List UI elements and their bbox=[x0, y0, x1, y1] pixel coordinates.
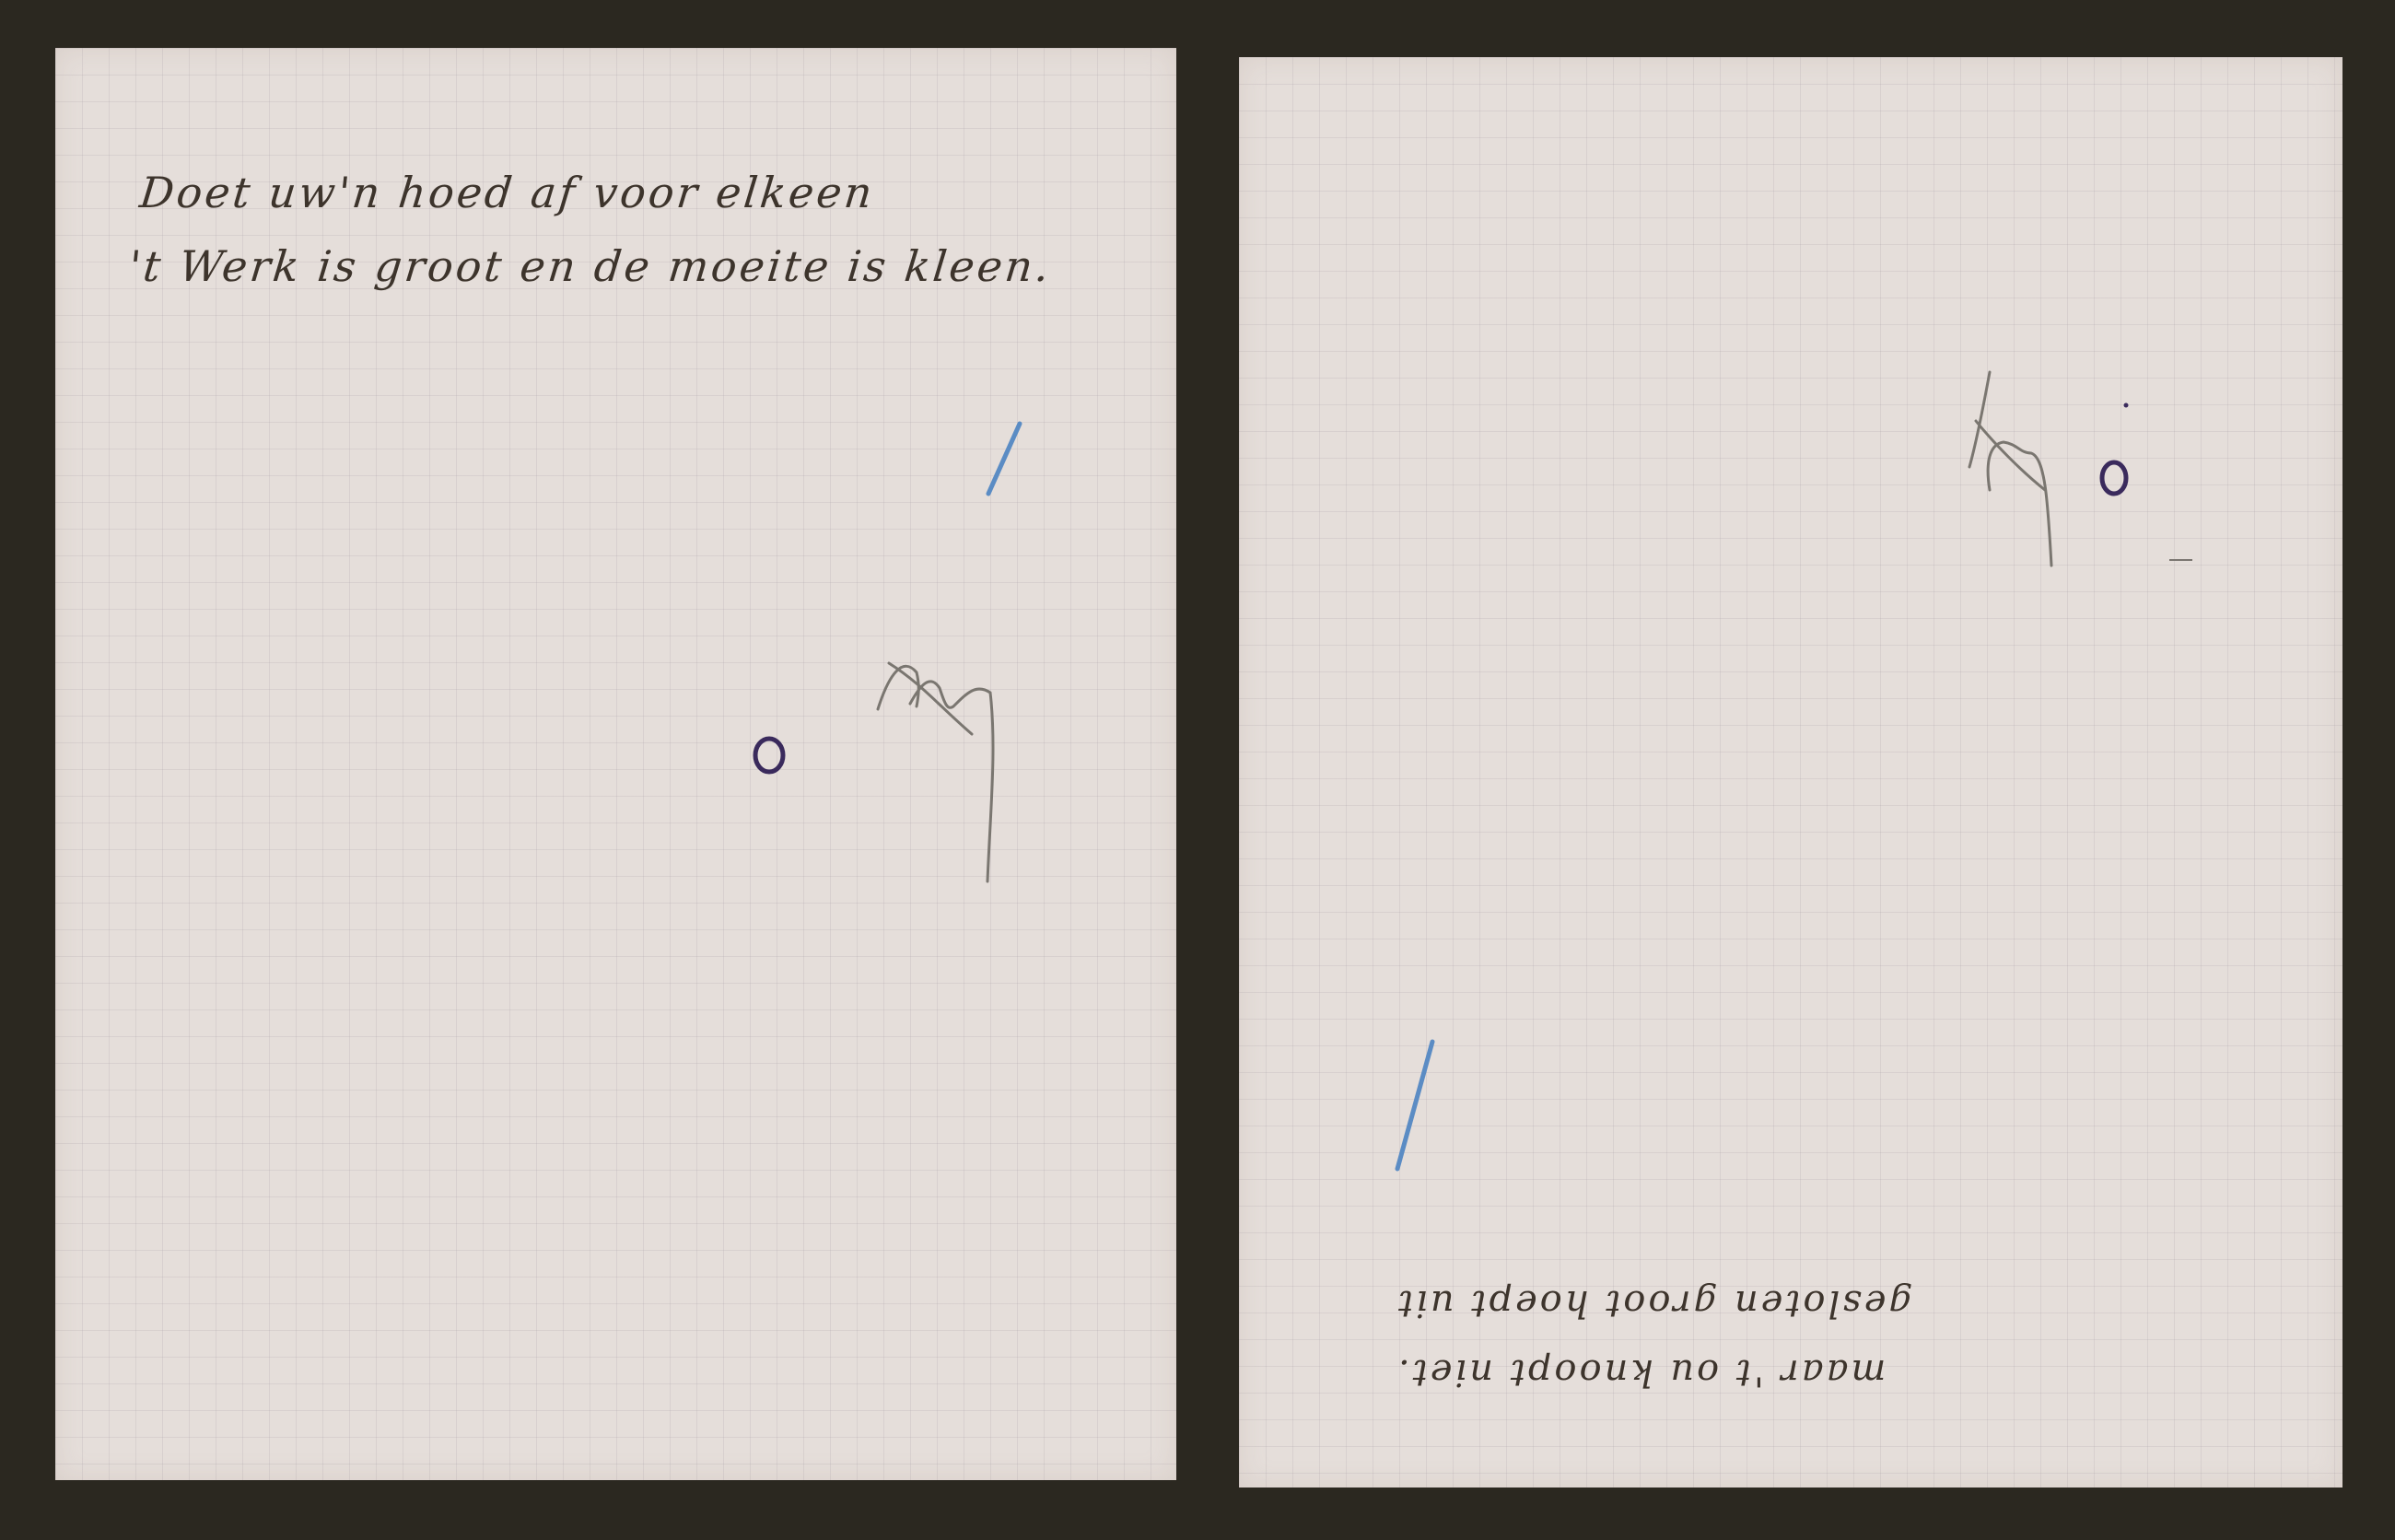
blue-stroke-icon bbox=[55, 48, 1176, 1480]
upside-down-line-1: gesloten groot hoept uit bbox=[1396, 1282, 1912, 1324]
left-manuscript-page: Doet uw'n hoed af voor elkeen 't Werk is… bbox=[55, 48, 1176, 1480]
circle-mark-icon bbox=[2102, 462, 2126, 494]
pencil-initials-icon bbox=[878, 663, 993, 881]
right-manuscript-page: maar 't ou knoopt niet. gesloten groot h… bbox=[1239, 57, 2342, 1487]
pencil-initials-icon bbox=[1969, 372, 2051, 566]
dot-mark-icon bbox=[2124, 403, 2129, 408]
blue-stroke-icon bbox=[1397, 1042, 1432, 1169]
upside-down-line-2: maar 't ou knoopt niet. bbox=[1396, 1351, 1886, 1394]
right-marks bbox=[1239, 57, 2342, 1487]
circle-mark-icon bbox=[755, 739, 783, 772]
